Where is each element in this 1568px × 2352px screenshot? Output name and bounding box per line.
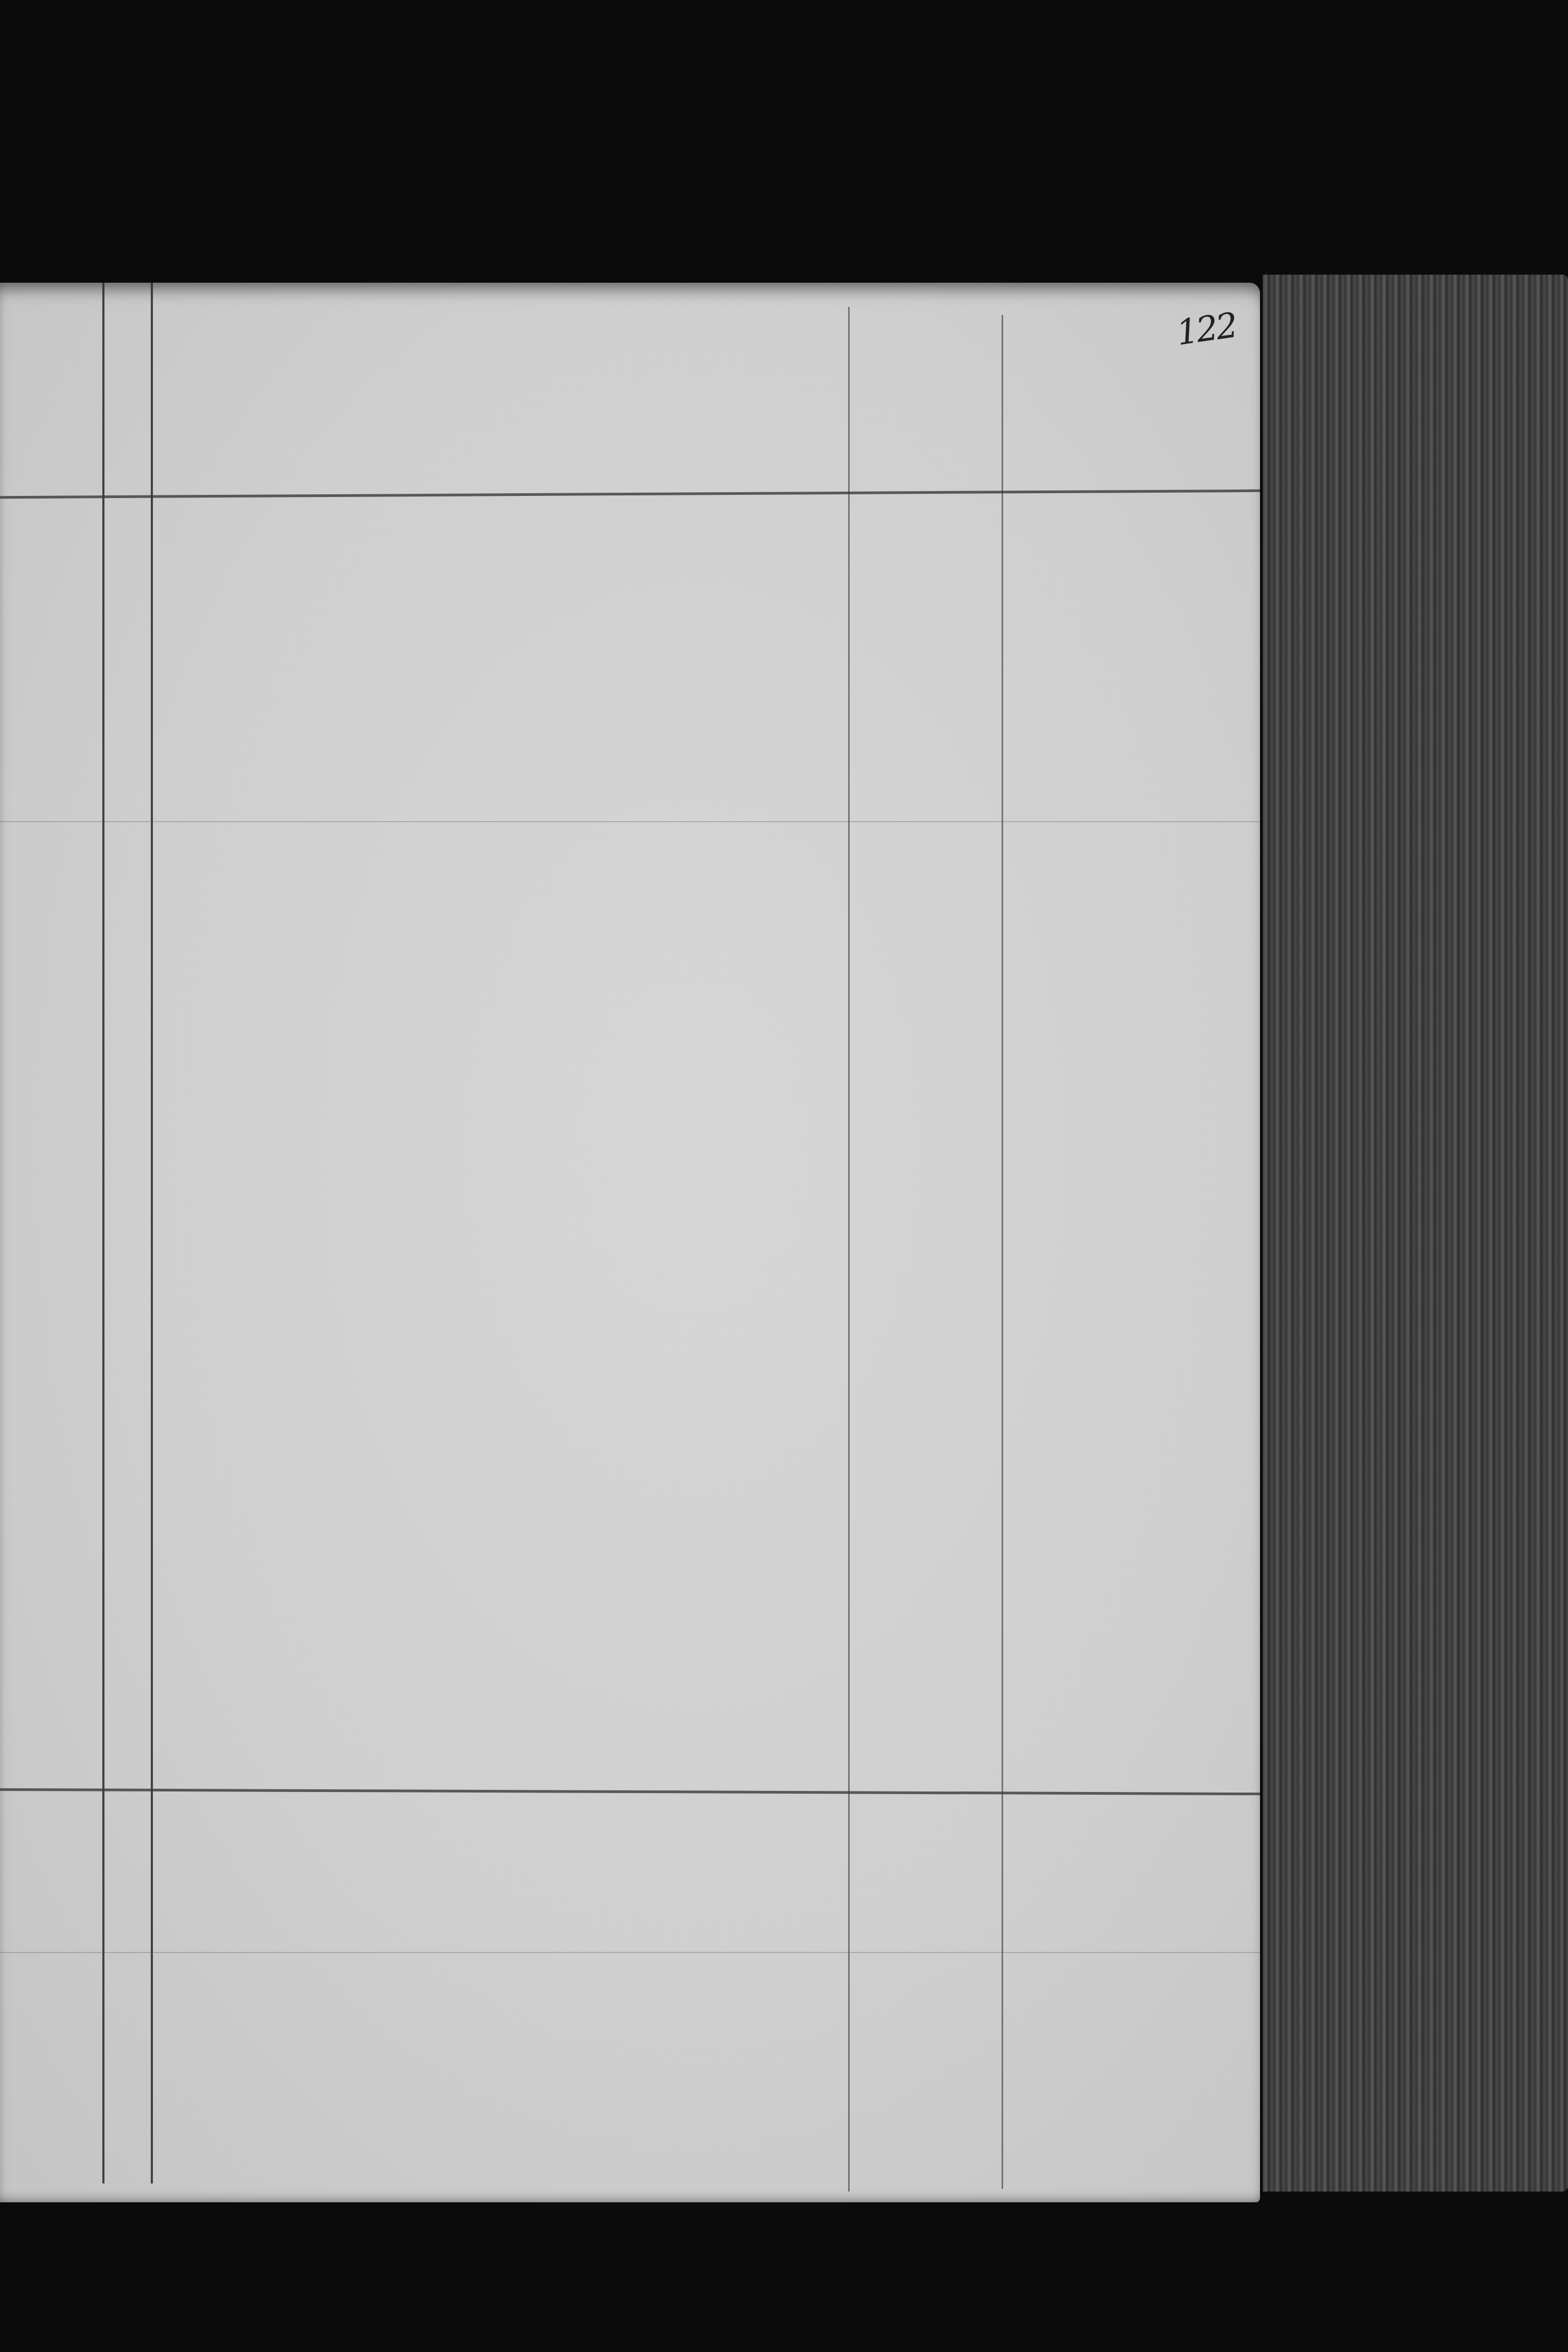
book-fore-edge (1263, 275, 1568, 2192)
column-rule-1 (848, 307, 850, 2192)
left-margin-rule (102, 283, 104, 2183)
column-rule-2 (1002, 315, 1003, 2189)
ledger-page (0, 283, 1260, 2202)
footer-rule (0, 1788, 1260, 1795)
page-number: 122 (1174, 306, 1238, 354)
faint-ruling-1 (0, 821, 1260, 822)
faint-ruling-2 (0, 1952, 1260, 1953)
header-rule (0, 489, 1260, 499)
left-margin-rule-2 (151, 283, 153, 2183)
